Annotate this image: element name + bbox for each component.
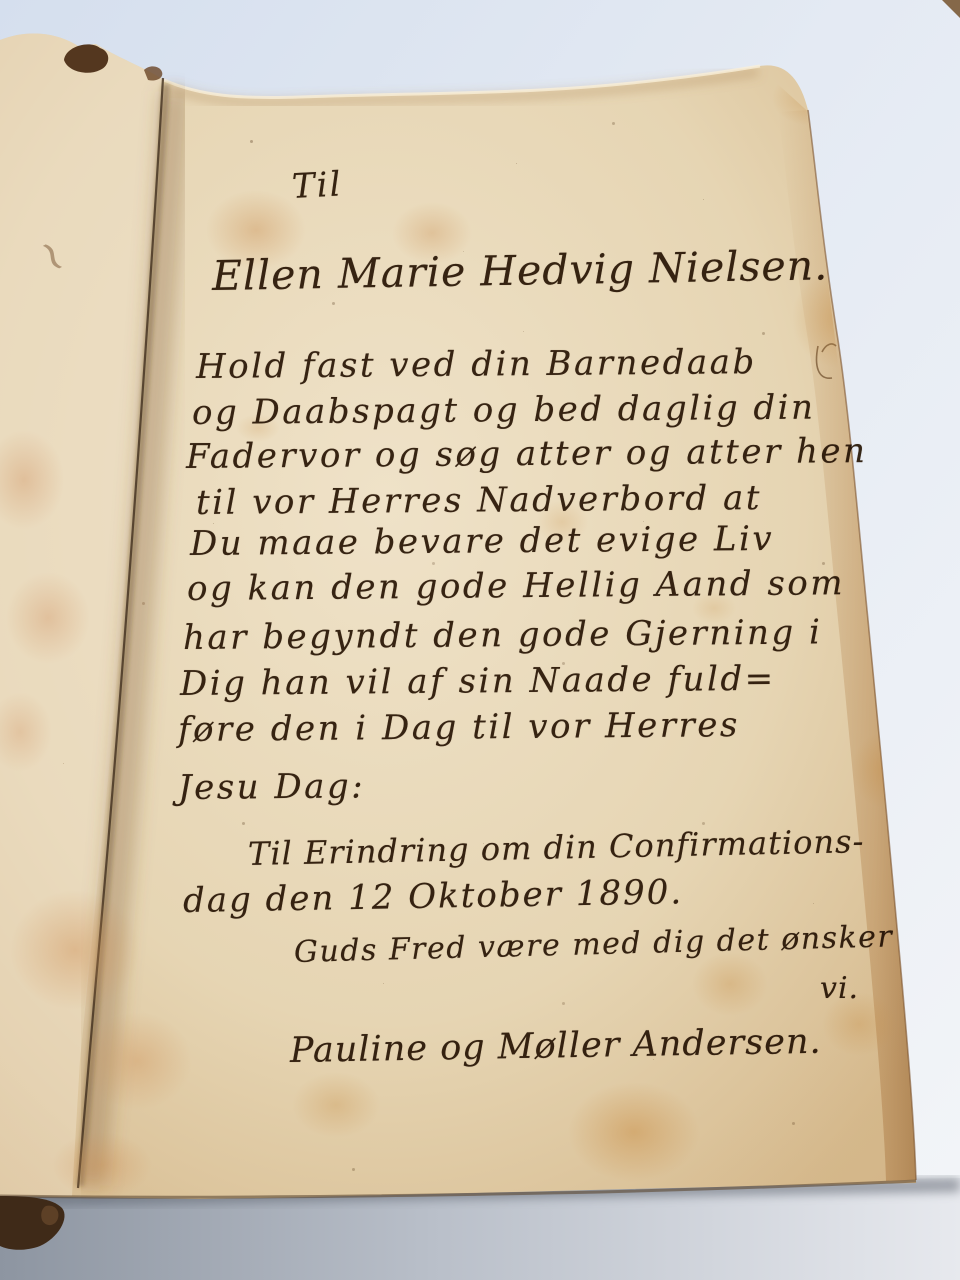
body-line: Jesu Dag: bbox=[178, 769, 365, 805]
body-line: og kan den gode Hellig Aand som bbox=[187, 566, 845, 606]
salutation-text: Til bbox=[291, 167, 343, 204]
body-line: føre den i Dag til vor Herres bbox=[178, 708, 740, 747]
body-line: har begyndt den gode Gjerning i bbox=[183, 615, 823, 655]
body-line: Fadervor og søg atter og atter hen bbox=[186, 434, 868, 474]
body-line: Dig han vil af sin Naade fuld= bbox=[180, 662, 776, 701]
handwritten-inscription: ~ Til Ellen Marie Hedvig Nielsen. Hold f… bbox=[0, 0, 960, 1280]
recipient-name: Ellen Marie Hedvig Nielsen. bbox=[212, 245, 829, 297]
body-line: Du maae bevare det evige Liv bbox=[190, 522, 774, 561]
memorial-line: Til Erindring om din Confirmations- bbox=[248, 825, 865, 870]
book-photo-scene: ~ Til Ellen Marie Hedvig Nielsen. Hold f… bbox=[0, 0, 960, 1280]
body-line: Hold fast ved din Barnedaab bbox=[196, 345, 757, 384]
blessing-line: Guds Fred være med dig det ønsker bbox=[294, 922, 894, 968]
memorial-line: dag den 12 Oktober 1890. bbox=[183, 875, 684, 918]
blessing-line: vi. bbox=[820, 974, 859, 1004]
body-line: og Daabspagt og bed daglig din bbox=[192, 391, 816, 430]
signature-line: Pauline og Møller Andersen. bbox=[290, 1025, 822, 1069]
body-line: til vor Herres Nadverbord at bbox=[196, 481, 762, 520]
ink-bleedthrough-mark: ~ bbox=[25, 230, 81, 283]
